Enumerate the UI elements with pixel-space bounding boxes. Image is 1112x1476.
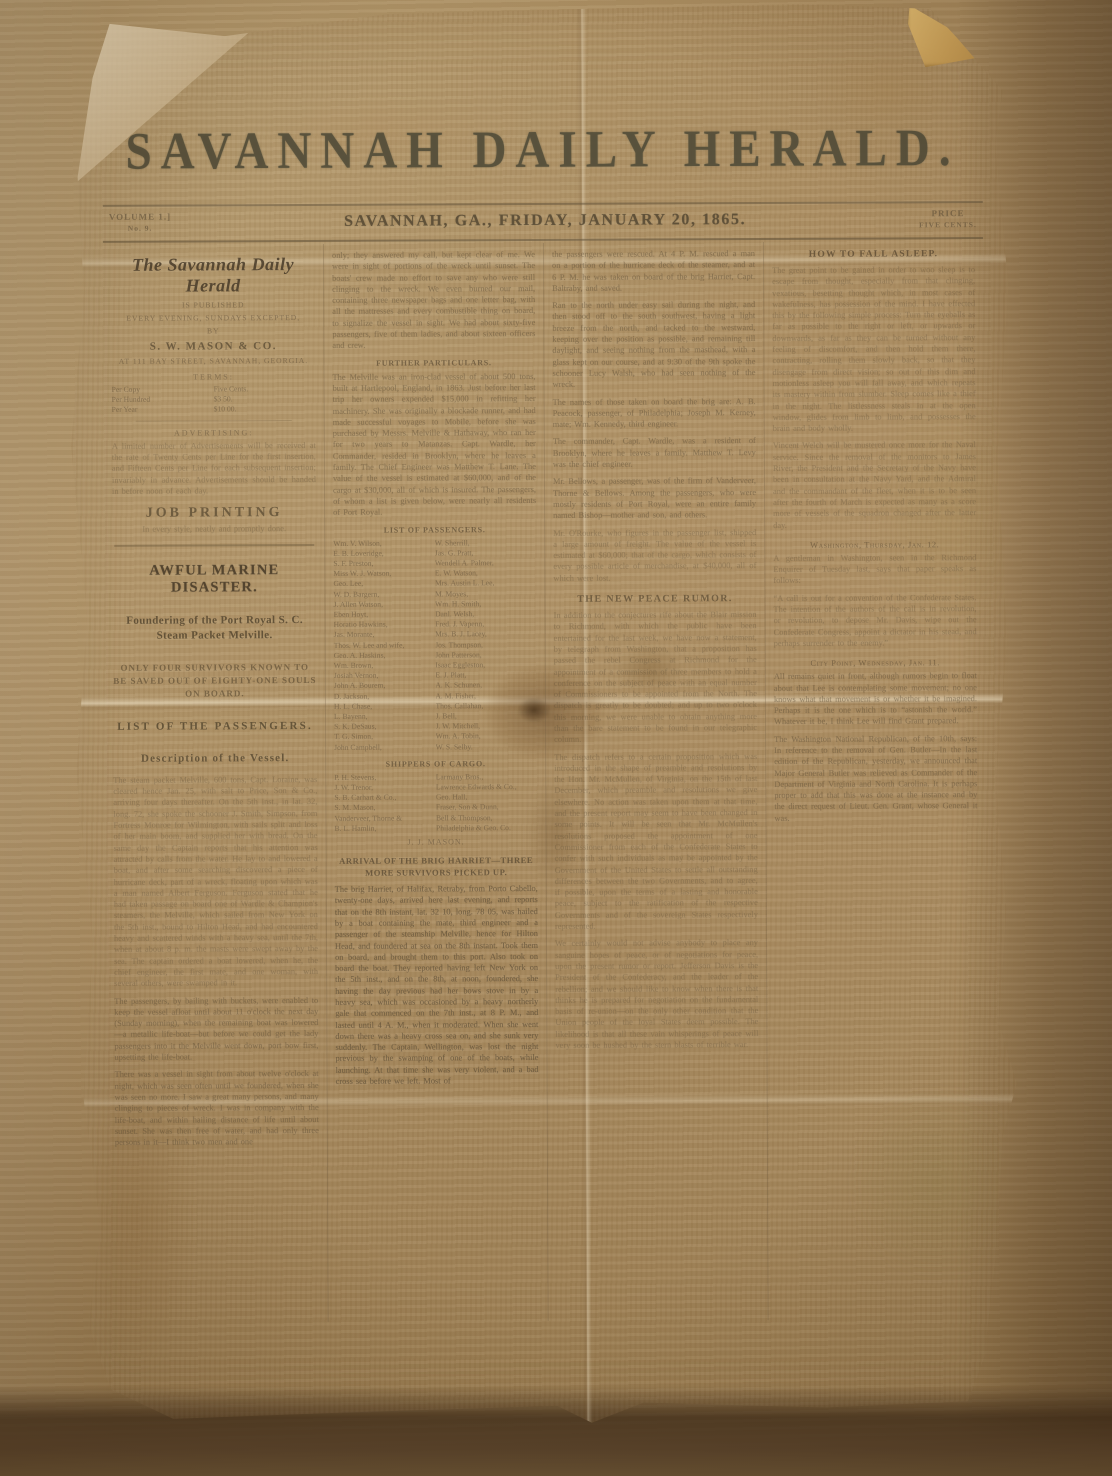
cell: T. G. Simon, (334, 732, 436, 743)
cell: Wm. Brown, (334, 660, 436, 671)
col3-paragraph: Mr. Bellows, a passenger, was of the fir… (553, 475, 756, 521)
cell: Miss W. J. Watson, (333, 569, 435, 580)
column-3: the passengers were rescued. At 4 P. M. … (543, 242, 768, 1321)
dateline-bar: VOLUME 1.] No. 9. SAVANNAH, GA., FRIDAY,… (103, 201, 983, 243)
published-line-2: EVERY EVENING, SUNDAYS EXCEPTED, (111, 313, 315, 323)
cell: Per Year (112, 405, 214, 416)
col2-paragraph: The Melville was an iron-clad vessel of … (333, 371, 537, 519)
advertising-label: ADVERTISING: (112, 428, 316, 438)
cell: A. M. Fisher, (435, 691, 537, 702)
cell: Geo. A. Haskins, (334, 650, 436, 661)
volume-number: VOLUME 1.] (109, 212, 171, 223)
cell: Josiah Vernon, (334, 671, 436, 682)
section-rule (114, 544, 314, 546)
cell: $3 50. (214, 394, 316, 405)
col3-paragraph: The commander, Capt. Wardle, was a resid… (553, 435, 756, 470)
publisher-address: AT 111 BAY STREET, SAVANNAH, GEORGIA. (111, 356, 315, 366)
cell: Fred. J. Vapenn, (435, 619, 537, 630)
publisher-name: S. W. MASON & CO. (111, 340, 315, 353)
col1-paragraph: There was a vessel in sight from about t… (115, 1068, 319, 1148)
col3-paragraph: Ran to the north under easy sail during … (552, 299, 755, 390)
washington-dateline: Washington, Thursday, Jan. 12. (773, 540, 976, 550)
passenger-list: Wm. V. Wilson,W. Sherrill,E. B. Loveridg… (333, 538, 537, 753)
advertising-text: A limited number of Advertisements will … (112, 440, 316, 497)
col4-paragraph: A gentleman in Washington, seen in the R… (773, 552, 976, 587)
col4-paragraph: Vincent Welch will be mustered once more… (773, 440, 976, 531)
signature: J. J. MASON. (335, 837, 538, 847)
col1-paragraph: The passengers, by bailing with buckets,… (114, 994, 318, 1063)
paper-name-blackletter: The Savannah Daily Herald (111, 254, 315, 297)
divider (136, 420, 292, 422)
cell: Larmany Bros., (436, 772, 538, 783)
issue-number: No. 9. (109, 223, 171, 234)
cell: Per Copy (112, 384, 214, 395)
cell: W. S. Selby. (436, 742, 538, 753)
cell: Mrs. Austin L. Lee, (435, 578, 537, 589)
cell: Wm. V. Wilson, (333, 538, 435, 549)
further-particulars-heading: FURTHER PARTICULARS. (332, 358, 535, 368)
cell: Lawrence Edwards & Co., (436, 782, 538, 793)
col3-paragraph: the passengers were rescued. At 4 P. M. … (552, 248, 755, 294)
published-line-3: BY (111, 326, 315, 336)
price-value: FIVE CENTS. (919, 219, 977, 230)
cell: Mrs. B. J. Lacey, (435, 629, 537, 640)
cell: J. Allen Watson, (333, 599, 435, 610)
subhead-foundering: Foundering of the Port Royal S. C. Steam… (113, 613, 317, 644)
cell: Per Hundred (112, 395, 214, 406)
cell: S. B. Carhart & Co., (334, 793, 436, 804)
published-line-1: IS PUBLISHED (111, 300, 315, 310)
cell: M. Moyes, (435, 589, 537, 600)
cell: Five Cents. (214, 384, 316, 395)
terms-row: Per Year$10 00. (112, 404, 316, 415)
col4-paragraph: “A call is out for a convention of the C… (773, 592, 976, 649)
cell: J. W. Mitchell, (436, 721, 538, 732)
cell: Horatio Hawkins, (334, 620, 436, 631)
cell: L. Bayenn, (334, 711, 436, 722)
job-printing-heading: JOB PRINTING (112, 505, 316, 522)
cell: S. F. Preston, (333, 558, 435, 569)
job-printing-text: In every style, neatly and promptly done… (112, 523, 316, 535)
headline-awful-marine-disaster: AWFUL MARINE DISASTER. (112, 562, 316, 597)
cell: Bell & Thompson, (436, 813, 538, 824)
cell: W. D. Bargern, (333, 589, 435, 600)
cell: P. H. Stevens, (334, 772, 436, 783)
col3-paragraph: In addition to the conjectures rife abou… (554, 609, 758, 745)
subhead-survivors: ONLY FOUR SURVIVORS KNOWN TO BE SAVED OU… (113, 661, 317, 701)
cell: Jos. Thompson, (435, 640, 537, 651)
cell: Eben Hoyt, (334, 609, 436, 620)
col3-paragraph: The dispatch refers to a certain proposi… (554, 751, 758, 933)
photo-of-newspaper: SAVANNAH DAILY HERALD. VOLUME 1.] No. 9.… (0, 0, 1112, 1476)
cell: Wendell A. Palmer, (435, 558, 537, 569)
col4-paragraph: The Washington National Republican, of t… (774, 733, 977, 824)
city-point-dateline: City Point, Wednesday, Jan. 11. (774, 658, 977, 668)
cell: S. K. DeSaus, (334, 722, 436, 733)
column-grid: The Savannah Daily Herald IS PUBLISHED E… (103, 241, 988, 1323)
cell: Thos. W. Lee and wife, (334, 640, 436, 651)
cell: Jas. G. Pratt, (435, 548, 537, 559)
col2-paragraph: only; they answered my call, but kept cl… (332, 249, 535, 352)
terms-label: TERMS: (112, 372, 316, 382)
cell: Isaac Eggleston, (435, 660, 537, 671)
terms-table: Per CopyFive Cents.Per Hundred$3 50.Per … (112, 384, 316, 415)
cell: S. M. Mason, (334, 803, 436, 814)
cell: E. J. Platt, (435, 670, 537, 681)
passenger-row: John Campbell,W. S. Selby. (334, 742, 537, 753)
cell: Thos. Callahan, (435, 701, 537, 712)
cell: Fraser, Son & Dunn, (436, 802, 538, 813)
cell: A. K. Schunen, (435, 680, 537, 691)
newspaper-title: SAVANNAH DAILY HERALD. (102, 118, 982, 182)
cell: Philadelphia & Geo. Co. (436, 823, 538, 834)
list-of-passengers-heading: LIST OF PASSENGERS. (333, 525, 536, 535)
cell: Wm. H. Smith, (435, 599, 537, 610)
subhead-description-of-vessel: Description of the Vessel. (113, 752, 317, 765)
column-1: The Savannah Daily Herald IS PUBLISHED E… (103, 244, 328, 1323)
cell: John Patterson, (435, 650, 537, 661)
cell: $10 00. (214, 404, 316, 415)
subhead-list-of-passengers: LIST OF THE PASSENGERS. (113, 720, 317, 733)
price-label: PRICE (919, 208, 977, 219)
cell: John A. Bourem, (334, 681, 436, 692)
col3-paragraph: Mr. O'Rourke, who figures in the passeng… (553, 527, 756, 584)
cell: Wm. A. Tobin, (436, 731, 538, 742)
price-block: PRICE FIVE CENTS. (919, 208, 977, 230)
cell: John Campbell, (334, 742, 436, 753)
shippers-list: P. H. Stevens,Larmany Bros.,J. W. Trenor… (334, 772, 537, 834)
cell: B. L. Hamlin, (334, 823, 436, 834)
cell: E. W. Watson, (435, 568, 537, 579)
new-peace-rumor-heading: THE NEW PEACE RUMOR. (553, 593, 756, 605)
col4-paragraph: The great point to be gained in order to… (772, 264, 976, 434)
column-2: only; they answered my call, but kept cl… (323, 243, 548, 1322)
shippers-heading: SHIPPERS OF CARGO. (334, 759, 537, 769)
brig-harriet-heading: ARRIVAL OF THE BRIG HARRIET—THREE MORE S… (335, 854, 538, 879)
volume-block: VOLUME 1.] No. 9. (109, 212, 171, 234)
issue-dateline: SAVANNAH, GA., FRIDAY, JANUARY 20, 1865. (344, 211, 746, 231)
cell: H. L. Chase, (334, 701, 436, 712)
shipper-row: B. L. Hamlin,Philadelphia & Geo. Co. (334, 823, 537, 834)
cell: J. Bell, (435, 711, 537, 722)
newspaper-sheet: SAVANNAH DAILY HERALD. VOLUME 1.] No. 9.… (52, 3, 1018, 1425)
printed-page: SAVANNAH DAILY HERALD. VOLUME 1.] No. 9.… (102, 3, 988, 1407)
cell: D. Jackson, (334, 691, 436, 702)
col1-paragraph: The steam packet Melville, 600 tons, Cap… (113, 774, 318, 990)
cell: J. W. Trenor, (334, 782, 436, 793)
col4-paragraph: All remains quiet in front, although rum… (774, 670, 977, 727)
col2-paragraph: The brig Harriet, of Halifax, Retraby, f… (335, 883, 539, 1087)
col3-paragraph: We certainly would not advise anybody to… (555, 937, 758, 1051)
column-4: HOW TO FALL ASLEEP. The great point to b… (763, 241, 988, 1320)
cell: Geo. Hall, (436, 792, 538, 803)
cell: W. Sherrill, (435, 538, 537, 549)
cell: Geo. Lee, (333, 579, 435, 590)
cell: E. B. Loveridge, (333, 548, 435, 559)
cell: Danl. Welsh, (435, 609, 537, 620)
cell: Jas. Morante, (334, 630, 436, 641)
how-to-fall-asleep-heading: HOW TO FALL ASLEEP. (772, 249, 975, 260)
col3-paragraph: The names of those taken on board the br… (553, 396, 756, 431)
cell: Vanderveer, Thorne & (334, 813, 436, 824)
